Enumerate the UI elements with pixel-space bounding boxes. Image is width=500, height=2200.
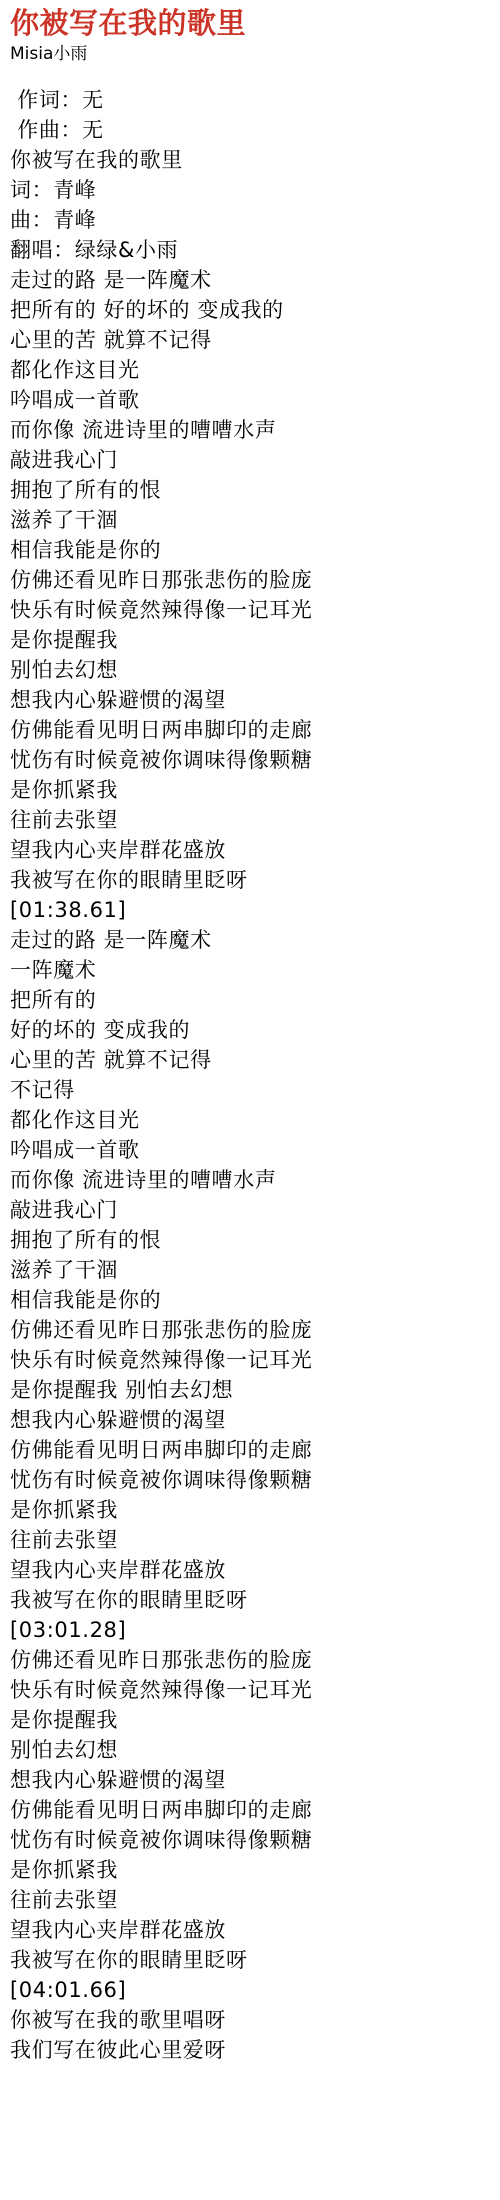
- lyric-line: 走过的路 是一阵魔术: [10, 925, 490, 955]
- lyric-line: 而你像 流进诗里的嘈嘈水声: [10, 1165, 490, 1195]
- lyric-line: 仿佛能看见明日两串脚印的走廊: [10, 1795, 490, 1825]
- timestamp-line: [01:38.61]: [10, 895, 490, 925]
- lyric-line: 是你提醒我: [10, 1705, 490, 1735]
- lyric-line: 拥抱了所有的恨: [10, 475, 490, 505]
- lyric-line: 望我内心夹岸群花盛放: [10, 1915, 490, 1945]
- lyric-line: 一阵魔术: [10, 955, 490, 985]
- lyric-line: 忧伤有时候竟被你调味得像颗糖: [10, 1465, 490, 1495]
- lyric-line: 作词：无: [10, 85, 490, 115]
- lyric-line: 往前去张望: [10, 1525, 490, 1555]
- lyric-line: 我被写在你的眼睛里眨呀: [10, 1945, 490, 1975]
- lyric-line: 心里的苦 就算不记得: [10, 325, 490, 355]
- lyric-line: 翻唱：绿绿&小雨: [10, 235, 490, 265]
- lyric-line: 都化作这目光: [10, 1105, 490, 1135]
- lyric-line: 都化作这目光: [10, 355, 490, 385]
- timestamp-line: [03:01.28]: [10, 1615, 490, 1645]
- lyric-line: 相信我能是你的: [10, 535, 490, 565]
- lyric-line: 忧伤有时候竟被你调味得像颗糖: [10, 1825, 490, 1855]
- lyric-line: 词：青峰: [10, 175, 490, 205]
- lyric-line: 我们写在彼此心里爱呀: [10, 2035, 490, 2065]
- lyric-line: 你被写在我的歌里唱呀: [10, 2005, 490, 2035]
- lyric-line: 拥抱了所有的恨: [10, 1225, 490, 1255]
- lyric-line: 望我内心夹岸群花盛放: [10, 835, 490, 865]
- lyric-line: 别怕去幻想: [10, 1735, 490, 1765]
- lyric-line: 不记得: [10, 1075, 490, 1105]
- lyric-line: 仿佛还看见昨日那张悲伤的脸庞: [10, 1645, 490, 1675]
- lyric-line: 吟唱成一首歌: [10, 385, 490, 415]
- lyric-line: 想我内心躲避惯的渴望: [10, 1765, 490, 1795]
- lyric-line: 吟唱成一首歌: [10, 1135, 490, 1165]
- lyric-line: 好的坏的 变成我的: [10, 1015, 490, 1045]
- lyric-line: 想我内心躲避惯的渴望: [10, 1405, 490, 1435]
- lyric-line: 望我内心夹岸群花盛放: [10, 1555, 490, 1585]
- lyric-line: 我被写在你的眼睛里眨呀: [10, 1585, 490, 1615]
- lyric-line: 你被写在我的歌里: [10, 145, 490, 175]
- lyric-line: 快乐有时候竟然辣得像一记耳光: [10, 1345, 490, 1375]
- lyrics-body: 作词：无 作曲：无你被写在我的歌里词：青峰曲：青峰翻唱：绿绿&小雨走过的路 是一…: [10, 85, 490, 2065]
- lyric-line: 往前去张望: [10, 805, 490, 835]
- lyric-line: 是你抓紧我: [10, 1855, 490, 1885]
- artist-name: Misia小雨: [10, 43, 490, 65]
- lyric-line: 心里的苦 就算不记得: [10, 1045, 490, 1075]
- lyric-line: 仿佛还看见昨日那张悲伤的脸庞: [10, 1315, 490, 1345]
- lyric-line: 别怕去幻想: [10, 655, 490, 685]
- lyric-line: 快乐有时候竟然辣得像一记耳光: [10, 595, 490, 625]
- lyric-line: 是你提醒我 别怕去幻想: [10, 1375, 490, 1405]
- lyric-line: 忧伤有时候竟被你调味得像颗糖: [10, 745, 490, 775]
- lyric-line: 作曲：无: [10, 115, 490, 145]
- lyric-line: 滋养了干涸: [10, 505, 490, 535]
- page-title: 你被写在我的歌里: [10, 6, 490, 40]
- lyric-line: 仿佛还看见昨日那张悲伤的脸庞: [10, 565, 490, 595]
- lyric-line: 把所有的 好的坏的 变成我的: [10, 295, 490, 325]
- lyric-line: 而你像 流进诗里的嘈嘈水声: [10, 415, 490, 445]
- lyric-line: 想我内心躲避惯的渴望: [10, 685, 490, 715]
- lyric-line: 我被写在你的眼睛里眨呀: [10, 865, 490, 895]
- lyric-line: 往前去张望: [10, 1885, 490, 1915]
- lyric-line: 敲进我心门: [10, 445, 490, 475]
- lyric-line: 是你抓紧我: [10, 775, 490, 805]
- lyric-line: 仿佛能看见明日两串脚印的走廊: [10, 1435, 490, 1465]
- lyric-line: 快乐有时候竟然辣得像一记耳光: [10, 1675, 490, 1705]
- lyric-line: 仿佛能看见明日两串脚印的走廊: [10, 715, 490, 745]
- lyric-line: 是你提醒我: [10, 625, 490, 655]
- timestamp-line: [04:01.66]: [10, 1975, 490, 2005]
- lyric-line: 滋养了干涸: [10, 1255, 490, 1285]
- lyric-line: 把所有的: [10, 985, 490, 1015]
- lyric-line: 曲：青峰: [10, 205, 490, 235]
- lyric-line: 是你抓紧我: [10, 1495, 490, 1525]
- lyric-line: 走过的路 是一阵魔术: [10, 265, 490, 295]
- lyrics-page: 你被写在我的歌里 Misia小雨 作词：无 作曲：无你被写在我的歌里词：青峰曲：…: [0, 0, 500, 2200]
- lyric-line: 敲进我心门: [10, 1195, 490, 1225]
- lyric-line: 相信我能是你的: [10, 1285, 490, 1315]
